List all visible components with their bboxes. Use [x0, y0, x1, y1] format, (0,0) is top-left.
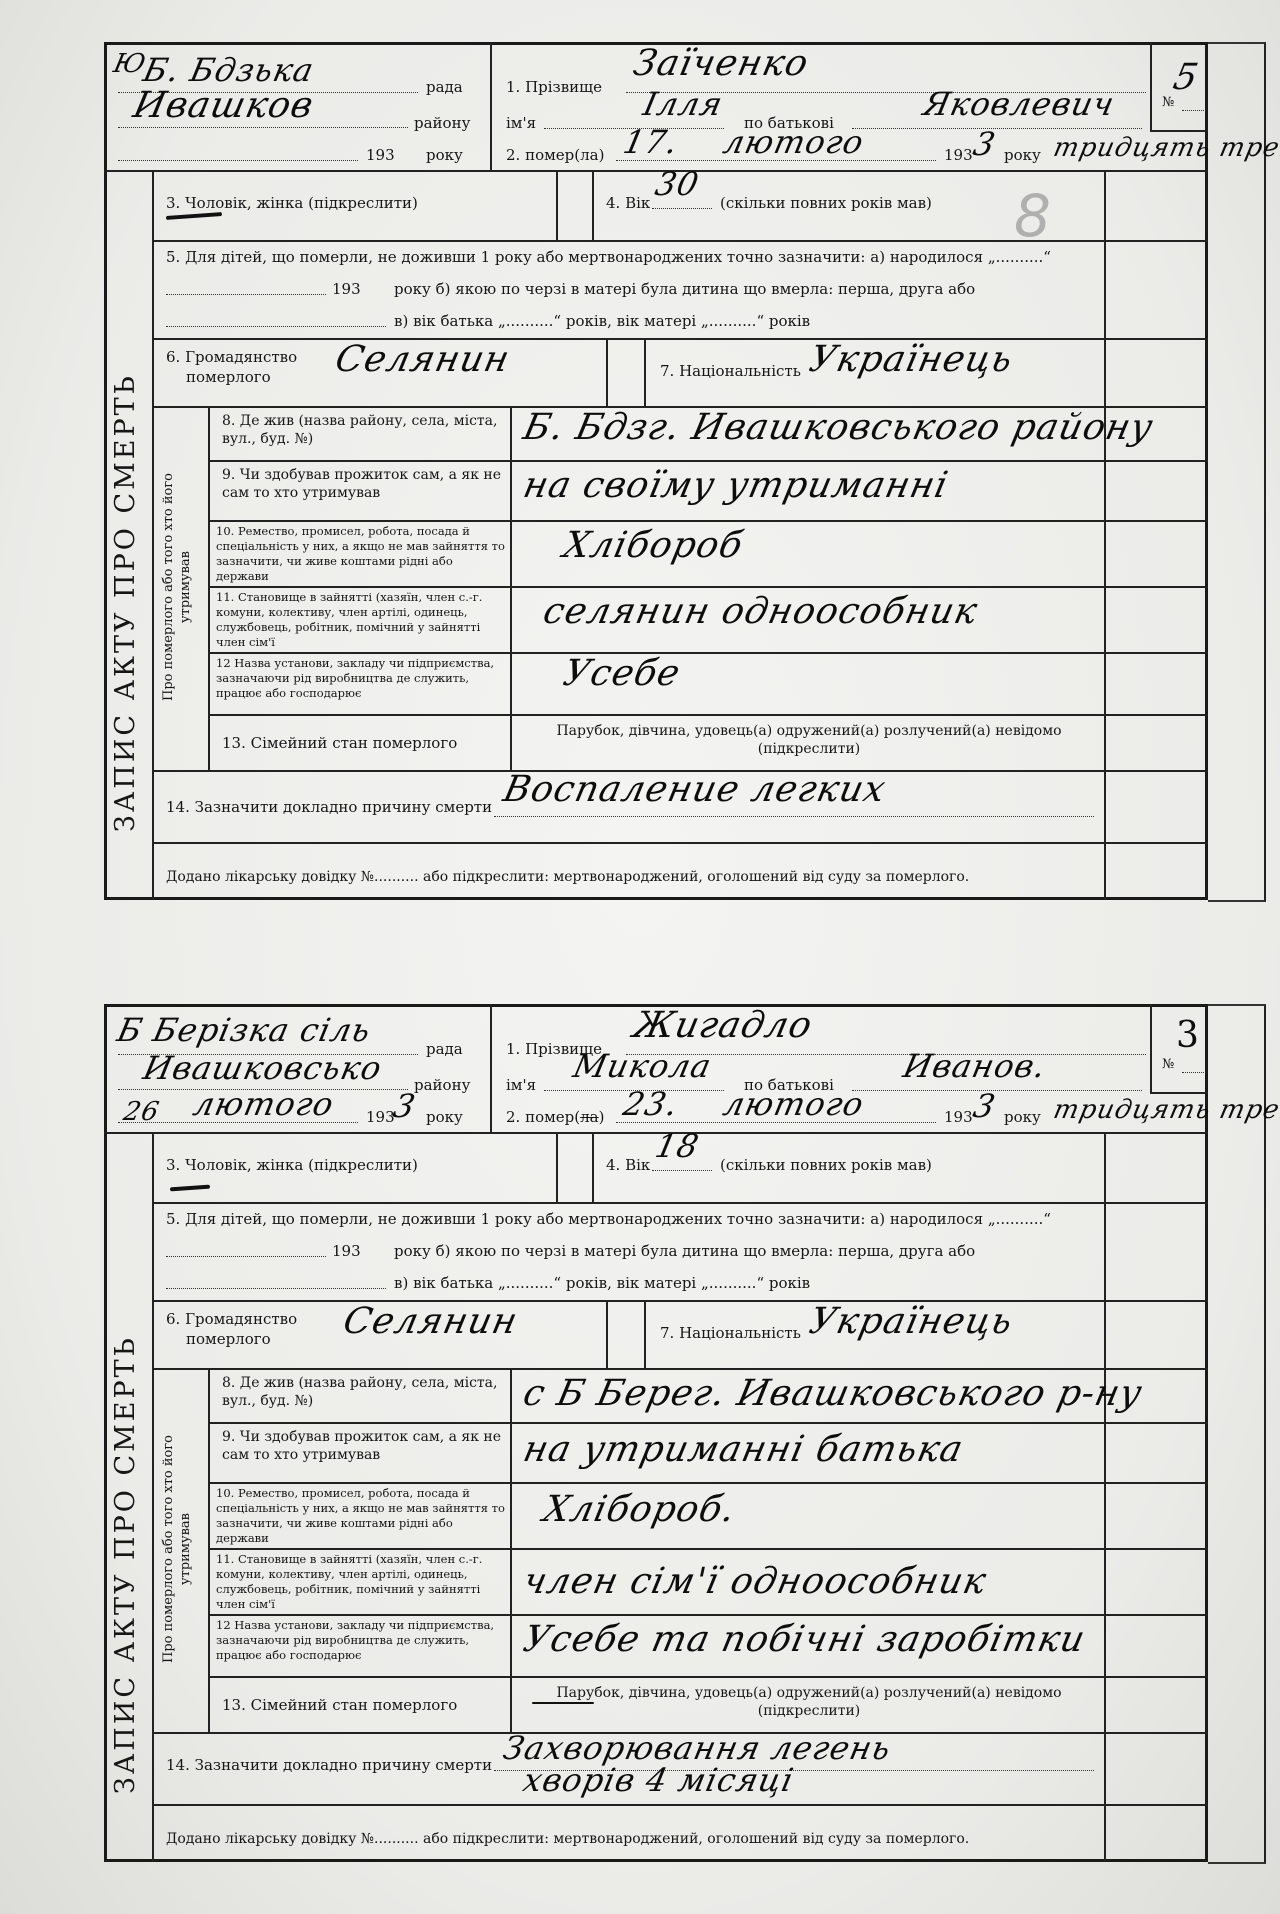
children-line-2: року б) якою по черзі в матері була дити…: [394, 1242, 975, 1260]
marital-label: 13. Сімейний стан померлого: [222, 1696, 457, 1714]
right-margin-line: [1104, 170, 1106, 900]
occupation-label: 10. Ремество, промисел, робота, посада й…: [216, 1486, 506, 1546]
cause-handwriting: Воспаление легких: [500, 772, 889, 808]
citizenship-handwriting: Селянин: [340, 1304, 521, 1340]
name-handwriting: Ілля: [640, 86, 726, 122]
marital-underline-mark: [532, 1702, 594, 1704]
died-year-words-handwriting: тридцять трет: [1050, 130, 1280, 166]
age-label: 4. Вік: [606, 1156, 650, 1174]
death-record-form-2: рада району 193 3 року Б Берізка сіль Ив…: [104, 1004, 1208, 1864]
patronymic-handwriting: Яковлевич: [920, 86, 1118, 122]
citizenship-label-2: померлого: [186, 368, 271, 386]
surname-label: 1. Прізвище: [506, 78, 602, 96]
side-subtitle: Про померлого або того хто його утримува…: [160, 412, 194, 762]
rada-label: рада: [426, 78, 463, 96]
number-box-divider: [1150, 42, 1152, 130]
position-handwriting: селянин одноособник: [540, 594, 981, 630]
surname-handwriting: Жигадло: [630, 1008, 815, 1044]
age-label: 4. Вік: [606, 194, 650, 212]
header-divider: [490, 42, 492, 170]
died-day-handwriting: 23.: [620, 1086, 682, 1122]
died-month-handwriting: лютого: [720, 1086, 867, 1122]
side-strip-line: [152, 170, 154, 900]
patronymic-handwriting: Иванов.: [900, 1048, 1049, 1084]
occupation-handwriting: Хлібороб.: [540, 1492, 739, 1528]
name-handwriting: Микола: [570, 1048, 715, 1084]
date-month-handwriting: лютого: [190, 1086, 337, 1122]
position-handwriting: член сім'ї одноособник: [520, 1564, 990, 1600]
died-month-handwriting: лютого: [720, 124, 867, 160]
struck-feminine-suffix: ла: [580, 1108, 598, 1126]
date-year-prefix: 193: [366, 146, 395, 164]
position-label: 11. Становище в зайнятті (хазяїн, член с…: [216, 1552, 506, 1612]
died-year-words-handwriting: тридцять трет: [1050, 1092, 1280, 1128]
institution-handwriting: Усебе та побічні заробітки: [520, 1622, 1088, 1658]
occupation-handwriting: Хлібороб: [560, 528, 746, 564]
died-label: 2. помер(ла): [506, 1108, 604, 1126]
raion-label: району: [414, 114, 470, 132]
children-year-prefix: 193: [332, 1242, 361, 1260]
side-title: ЗАПИС АКТУ ПРО СМЕРТЬ: [110, 373, 141, 832]
form-stub-column: [1208, 1004, 1266, 1864]
residence-handwriting: Б. Бдзг. Ивашковського району: [520, 410, 1156, 446]
raion-handwriting: Ивашковсько: [140, 1050, 385, 1086]
citizenship-label-2: померлого: [186, 1330, 271, 1348]
livelihood-label: 9. Чи здобував прожиток сам, а як не сам…: [222, 1428, 502, 1464]
nationality-label: 7. Національність: [660, 362, 801, 380]
children-year-prefix: 193: [332, 280, 361, 298]
rada-label: рада: [426, 1040, 463, 1058]
died-roku-label: року: [1004, 1108, 1041, 1126]
children-line-2: року б) якою по черзі в матері була дити…: [394, 280, 975, 298]
nationality-label: 7. Національність: [660, 1324, 801, 1342]
marital-options: Парубок, дівчина, удовець(а) одружений(а…: [524, 722, 1094, 758]
institution-label: 12 Назва установи, закладу чи підприємст…: [216, 1618, 506, 1663]
number-sign: №: [1162, 1056, 1174, 1074]
marital-options: Парубок, дівчина, удовець(а) одружений(а…: [524, 1684, 1094, 1720]
age-suffix: (скільки повних років мав): [720, 194, 932, 212]
institution-label: 12 Назва установи, закладу чи підприємст…: [216, 656, 506, 701]
died-day-handwriting: 17.: [620, 124, 682, 160]
marital-label: 13. Сімейний стан померлого: [222, 734, 457, 752]
age-handwriting: 18: [652, 1128, 702, 1164]
residence-handwriting: с Б Берег. Ивашковського р-ну: [520, 1376, 1145, 1412]
header-bottom-line: [104, 170, 1208, 172]
raion-handwriting: Ивашков: [130, 88, 317, 124]
form-stub-column: [1208, 42, 1266, 902]
date-roku-label: року: [426, 146, 463, 164]
children-line-3: в) вік батька „..........“ років, вік ма…: [394, 1274, 810, 1292]
name-label: ім'я: [506, 114, 536, 132]
institution-handwriting: Усебе: [560, 656, 683, 692]
livelihood-handwriting: на утриманні батька: [520, 1432, 966, 1468]
residence-label: 8. Де жив (назва району, села, міста, ву…: [222, 1374, 502, 1410]
children-line-1: 5. Для дітей, що померли, не доживши 1 р…: [166, 1210, 1051, 1228]
died-year-prefix: 193: [944, 1108, 973, 1126]
died-roku-label: року: [1004, 146, 1041, 164]
side-title: ЗАПИС АКТУ ПРО СМЕРТЬ: [110, 1335, 141, 1794]
raion-label: району: [414, 1076, 470, 1094]
position-label: 11. Становище в зайнятті (хазяїн, член с…: [216, 590, 506, 650]
footer-note: Додано лікарську довідку №.......... або…: [166, 1830, 969, 1848]
sex-label: 3. Чоловік, жінка (підкреслити): [166, 1156, 418, 1174]
livelihood-label: 9. Чи здобував прожиток сам, а як не сам…: [222, 466, 502, 502]
sex-label: 3. Чоловік, жінка (підкреслити): [166, 194, 418, 212]
surname-handwriting: Заїченко: [630, 46, 812, 82]
cause-label: 14. Зазначити докладно причину смерти: [166, 1756, 492, 1774]
age-handwriting: 30: [652, 166, 702, 202]
children-line-1: 5. Для дітей, що померли, не доживши 1 р…: [166, 248, 1051, 266]
citizenship-label-1: 6. Громадянство: [166, 1310, 297, 1328]
children-line-3: в) вік батька „..........“ років, вік ма…: [394, 312, 810, 330]
livelihood-handwriting: на своїму утриманні: [520, 468, 951, 504]
nationality-handwriting: Українець: [806, 342, 1016, 378]
rada-handwriting: Б Берізка сіль: [114, 1012, 374, 1048]
residence-label: 8. Де жив (назва району, села, міста, ву…: [222, 412, 502, 448]
date-roku-label: року: [426, 1108, 463, 1126]
footer-note: Додано лікарську довідку №.......... або…: [166, 868, 969, 886]
rada-handwriting: Б. Бдзька: [140, 52, 317, 88]
nationality-handwriting: Українець: [806, 1304, 1016, 1340]
citizenship-label-1: 6. Громадянство: [166, 348, 297, 366]
margin-mark: 8: [1014, 182, 1051, 250]
cause-handwriting-line-2: хворів 4 місяці: [520, 1762, 797, 1798]
record-number-handwriting: 3: [1176, 1018, 1200, 1054]
occupation-label: 10. Ремество, промисел, робота, посада й…: [216, 524, 506, 584]
died-label: 2. помер(ла): [506, 146, 604, 164]
name-label: ім'я: [506, 1076, 536, 1094]
age-suffix: (скільки повних років мав): [720, 1156, 932, 1174]
citizenship-handwriting: Селянин: [332, 342, 513, 378]
death-record-form-1: рада району 193 року Ю Б. Бдзька Ивашков…: [104, 42, 1208, 902]
died-year-prefix: 193: [944, 146, 973, 164]
cause-label: 14. Зазначити докладно причину смерти: [166, 798, 492, 816]
side-subtitle: Про померлого або того хто його утримува…: [160, 1374, 194, 1724]
